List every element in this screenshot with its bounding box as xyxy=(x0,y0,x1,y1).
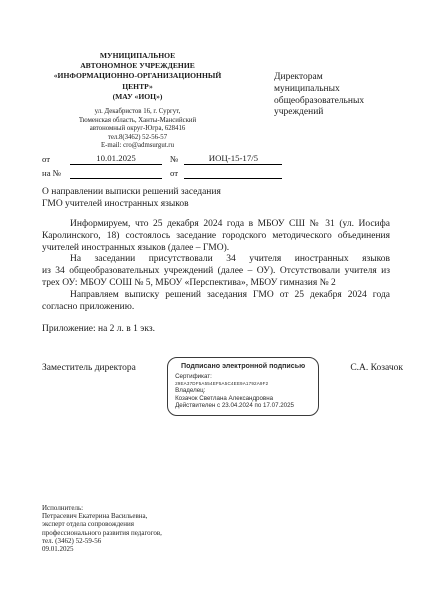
letter-body: Информируем, что 25 декабря 2024 года в … xyxy=(42,219,390,336)
subject-line: О направлении выписки решений заседания xyxy=(42,187,342,199)
owner-label: Владелец: xyxy=(175,387,311,395)
outgoing-number: ИОЦ-15-17/5 xyxy=(184,153,282,165)
signer-name: С.А. Козачок xyxy=(350,357,403,373)
letter-page: МУНИЦИПАЛЬНОЕ АВТОНОМНОЕ УЧРЕЖДЕНИЕ «ИНФ… xyxy=(0,0,424,600)
reply-to-label: на № xyxy=(42,168,64,179)
body-paragraph-3: Направляем выписку решений заседания ГМО… xyxy=(42,290,390,314)
org-name-line: (МАУ «ИОЦ») xyxy=(45,92,230,102)
recipient-line: муниципальных xyxy=(274,84,364,96)
recipient-line: общеобразовательных xyxy=(274,96,364,108)
executor-title: профессионального развития педагогов, xyxy=(42,529,162,537)
number-label: № xyxy=(170,154,178,165)
org-name-block: МУНИЦИПАЛЬНОЕ АВТОНОМНОЕ УЧРЕЖДЕНИЕ «ИНФ… xyxy=(45,51,230,102)
outgoing-date: 10.01.2025 xyxy=(70,153,162,165)
reference-row-outgoing: от 10.01.2025 № ИОЦ-15-17/5 xyxy=(42,153,282,165)
incoming-date-blank xyxy=(184,177,282,179)
org-name-line: ЦЕНТР» xyxy=(45,82,230,92)
recipient-block: Директорам муниципальных общеобразовател… xyxy=(274,72,364,119)
org-address-line: автономный округ-Югра, 628416 xyxy=(45,125,230,134)
electronic-signature-stamp: Подписано электронной подписью Сертифика… xyxy=(167,357,319,416)
from-label: от xyxy=(42,154,64,165)
org-phone: тел.8(3462) 52-56-57 xyxy=(45,134,230,143)
org-name-line: МУНИЦИПАЛЬНОЕ xyxy=(45,51,230,61)
signature-row: Заместитель директора Подписано электрон… xyxy=(42,357,403,416)
owner-name: Козачок Светлана Александровна xyxy=(175,395,311,403)
executor-name: Петрасевич Екатерина Васильевна, xyxy=(42,512,162,520)
org-name-line: «ИНФОРМАЦИОННО-ОРГАНИЗАЦИОННЫЙ xyxy=(45,71,230,81)
executor-title: эксперт отдела сопровождения xyxy=(42,520,162,528)
body-paragraph-2-line-1: На заседании присутствовали 34 учителя и… xyxy=(42,254,390,266)
recipient-line: Директорам xyxy=(274,72,364,84)
org-address-line: ул. Декабристов 16, г. Сургут, xyxy=(45,108,230,117)
executor-block: Исполнитель: Петрасевич Екатерина Василь… xyxy=(42,504,162,553)
org-address-line: Тюменская область, Ханты-Мансийский xyxy=(45,117,230,126)
org-name-line: АВТОНОМНОЕ УЧРЕЖДЕНИЕ xyxy=(45,61,230,71)
org-address-block: ул. Декабристов 16, г. Сургут, Тюменская… xyxy=(45,108,230,151)
recipient-line: учреждений xyxy=(274,107,364,119)
validity-period: Действителен с 23.04.2024 по 17.07.2025 xyxy=(175,402,311,410)
subject-line: ГМО учителей иностранных языков xyxy=(42,199,342,211)
org-email: E-mail: cro@admsurgut.ru xyxy=(45,142,230,151)
reference-row-incoming: на № от xyxy=(42,168,282,179)
body-paragraph-2: На заседании присутствовали 34 учителя и… xyxy=(42,254,390,289)
executor-phone: тел. (3462) 52-59-56 xyxy=(42,537,162,545)
stamp-title: Подписано электронной подписью xyxy=(175,362,311,371)
attachment-note: Приложение: на 2 л. в 1 экз. xyxy=(42,324,390,336)
executor-date: 09.01.2025 xyxy=(42,545,162,553)
body-paragraph-1: Информируем, что 25 декабря 2024 года в … xyxy=(42,219,390,254)
reference-block: от 10.01.2025 № ИОЦ-15-17/5 на № от xyxy=(42,153,282,182)
body-paragraph-2-rest: из 34 общеобразовательных учреждений (да… xyxy=(42,266,390,290)
letterhead: МУНИЦИПАЛЬНОЕ АВТОНОМНОЕ УЧРЕЖДЕНИЕ «ИНФ… xyxy=(45,51,230,151)
executor-label: Исполнитель: xyxy=(42,504,162,512)
subject-block: О направлении выписки решений заседания … xyxy=(42,187,342,211)
reply-from-label: от xyxy=(170,168,178,179)
certificate-label: Сертификат: xyxy=(175,373,311,381)
incoming-number-blank xyxy=(70,177,162,179)
signer-position: Заместитель директора xyxy=(42,357,136,373)
